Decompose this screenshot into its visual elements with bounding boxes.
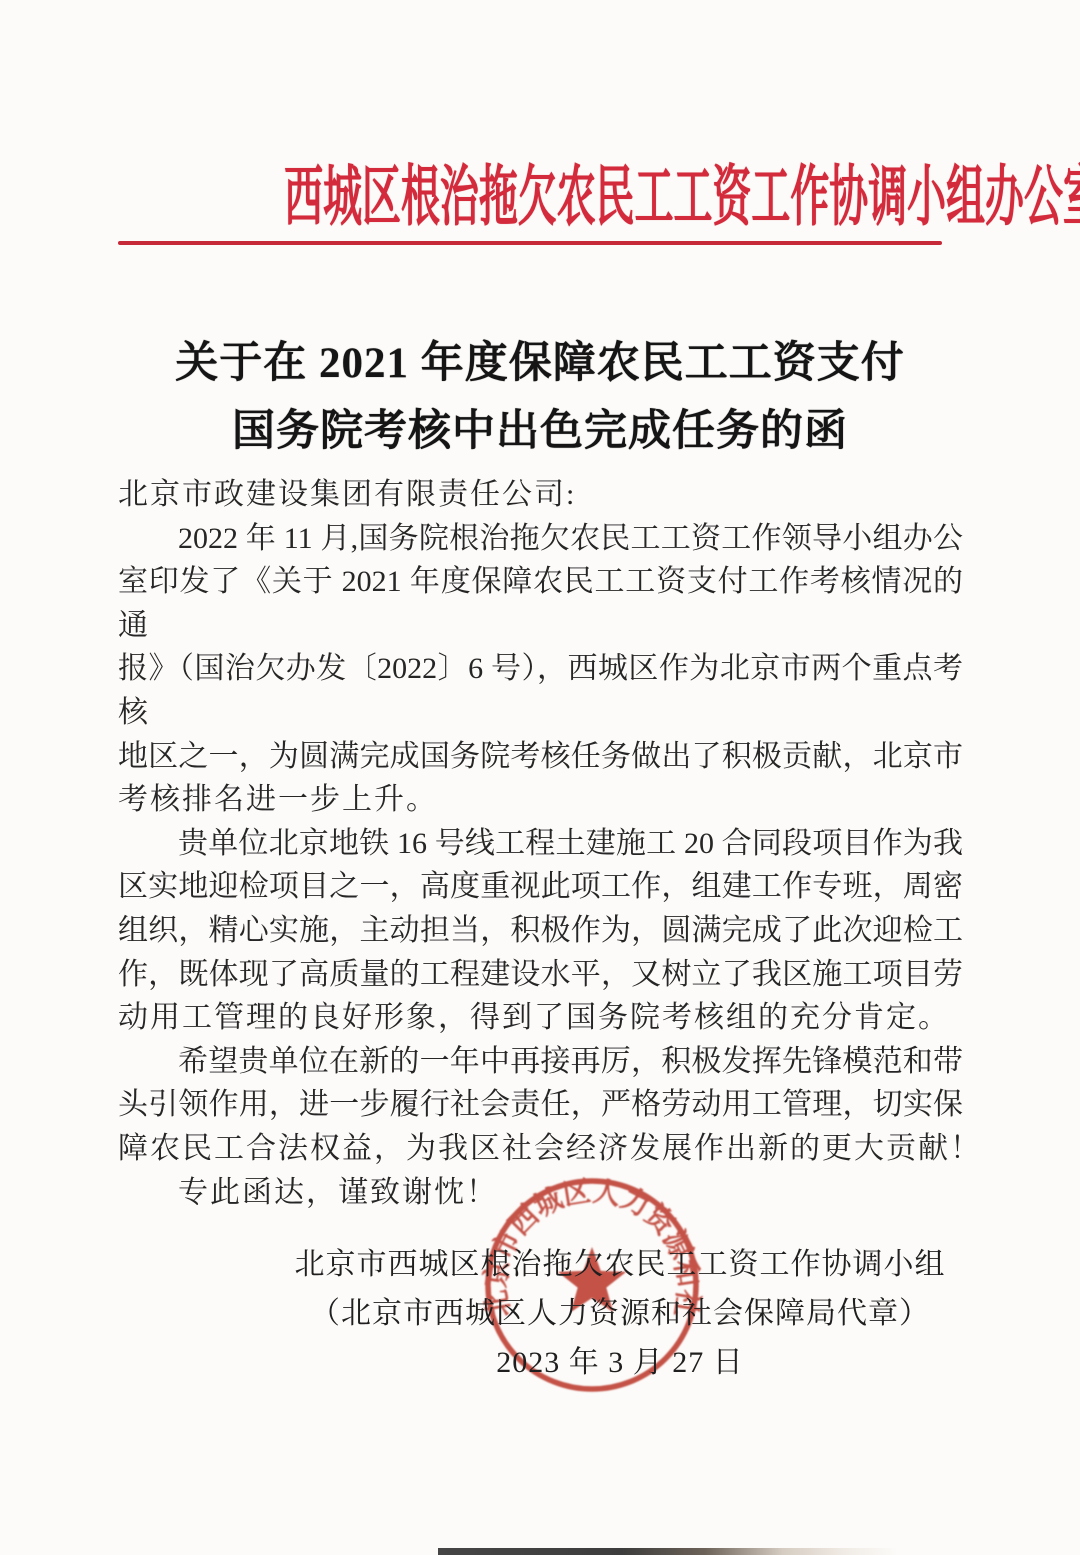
- body-line: 组织，精心实施，主动担当，积极作为，圆满完成了此次迎检工: [118, 909, 963, 953]
- letterhead-title: 西城区根治拖欠农民工工资工作协调小组办公室: [284, 162, 1080, 235]
- body-line: 希望贵单位在新的一年中再接再厉，积极发挥先锋模范和带: [118, 1040, 963, 1084]
- document-title: 关于在 2021 年度保障农民工工资支付 国务院考核中出色完成任务的函: [0, 330, 1080, 466]
- body-line: 室印发了《关于 2021 年度保障农民工工资支付工作考核情况的通: [118, 560, 963, 647]
- signature-date: 2023 年 3 月 27 日: [180, 1338, 1060, 1387]
- body-line: 考核排名进一步上升。: [118, 778, 963, 822]
- letterhead: 西城区根治拖欠农民工工资工作协调小组办公室: [0, 162, 1080, 235]
- letter-page: 西城区根治拖欠农民工工资工作协调小组办公室 关于在 2021 年度保障农民工工资…: [0, 0, 1080, 1555]
- body-line: 地区之一，为圆满完成国务院考核任务做出了积极贡献，北京市: [118, 735, 963, 779]
- salutation-line: 北京市政建设集团有限责任公司:: [118, 473, 963, 517]
- scan-artifact-bar: [438, 1548, 898, 1555]
- body-line: 区实地迎检项目之一，高度重视此项工作，组建工作专班，周密: [118, 865, 963, 909]
- body-line: 动用工管理的良好形象，得到了国务院考核组的充分肯定。: [118, 996, 963, 1040]
- document-title-line2: 国务院考核中出色完成任务的函: [0, 398, 1080, 466]
- body-line: 2022 年 11 月,国务院根治拖欠农民工工资工作领导小组办公: [118, 517, 963, 561]
- body-line: 报》（国治欠办发〔2022〕6 号），西城区作为北京市两个重点考核: [118, 647, 963, 734]
- signature-organization: 北京市西城区根治拖欠农民工工资工作协调小组: [180, 1240, 1060, 1289]
- signature-agency-note: （北京市西城区人力资源和社会保障局代章）: [180, 1289, 1060, 1338]
- body-line: 贵单位北京地铁 16 号线工程土建施工 20 合同段项目作为我: [118, 822, 963, 866]
- body-line: 头引领作用，进一步履行社会责任，严格劳动用工管理，切实保: [118, 1083, 963, 1127]
- document-title-line1: 关于在 2021 年度保障农民工工资支付: [0, 330, 1080, 398]
- letterhead-underline: [118, 241, 942, 245]
- signature-block: 北京市西城区根治拖欠农民工工资工作协调小组 （北京市西城区人力资源和社会保障局代…: [180, 1240, 1060, 1387]
- body-line: 障农民工合法权益，为我区社会经济发展作出新的更大贡献！: [118, 1127, 963, 1171]
- body-line: 作，既体现了高质量的工程建设水平，又树立了我区施工项目劳: [118, 953, 963, 997]
- letter-body: 北京市政建设集团有限责任公司: 2022 年 11 月,国务院根治拖欠农民工工资…: [118, 473, 963, 1214]
